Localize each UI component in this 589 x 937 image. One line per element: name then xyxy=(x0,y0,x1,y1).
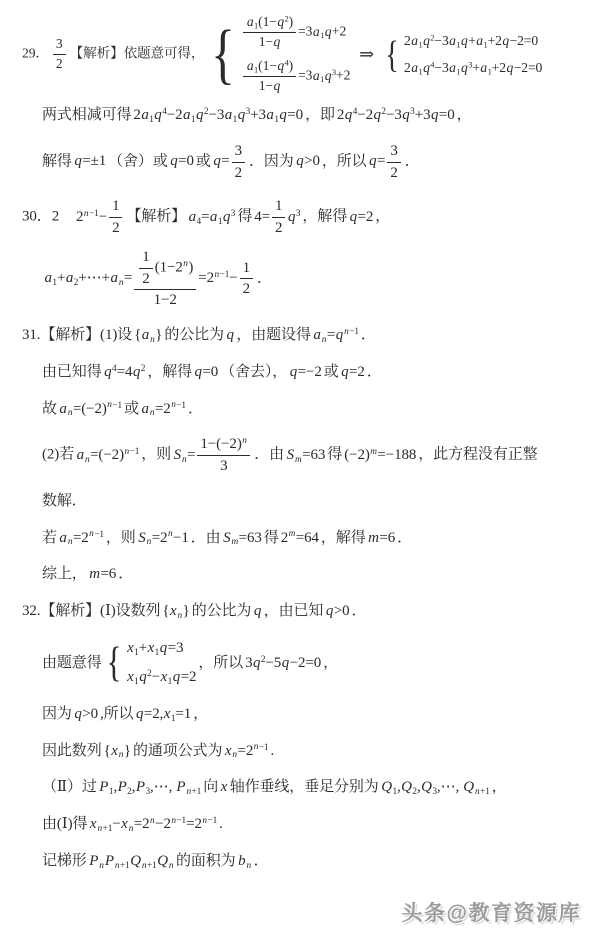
text-run: . xyxy=(271,743,275,759)
text-run: 由(Ⅰ)得 xyxy=(42,816,87,832)
solution-line: 由已知得q4=4q2，解得q=0（舍去），q=−2或q=2． xyxy=(0,362,583,384)
text-run: （Ⅱ）过 xyxy=(42,779,97,795)
math-expression: q=0 xyxy=(194,364,218,380)
text-run: 解得 xyxy=(42,153,72,169)
math-expression: a1+a2+⋯+an=12(1−2n)1−2=2n−1−12 xyxy=(44,270,255,286)
math-expression: q=±1 xyxy=(74,153,106,169)
text-run: 或 xyxy=(196,153,211,169)
text-run: ． xyxy=(361,327,376,343)
text-run: ,所以 xyxy=(100,706,133,722)
text-run: ．由 xyxy=(254,447,284,463)
solution-line: 解得q=±1（舍）或q=0或q=32．因为q>0，所以q=32． xyxy=(0,142,583,183)
solutions: 29．32【解析】依题意可得，{a1(1−q2)1−q=3a1q+2a1(1−q… xyxy=(0,14,583,873)
math-expression: 3q2−5q−2=0 xyxy=(245,655,321,671)
equation-row: 2a1q4−3a1q3+a1+2q−2=0 xyxy=(404,58,542,78)
math-expression: 2q4−2q2−3q3+3q=0 xyxy=(337,107,455,123)
math-expression: q xyxy=(253,603,261,619)
text-run: 轴作垂线，垂足分别为 xyxy=(230,779,379,795)
math-expression: 2n−1−12 xyxy=(76,209,124,225)
math-expression: (−2)m=−188 xyxy=(344,447,416,463)
problem-31: 31.【解析】(1)设{an}的公比为q，由题设得an=qn−1．由已知得q4=… xyxy=(0,325,583,586)
text-run: ，解得 xyxy=(321,530,366,546)
document-page: 29．32【解析】依题意可得，{a1(1−q2)1−q=3a1q+2a1(1−q… xyxy=(0,0,589,873)
solution-line: 32.【解析】(Ⅰ)设数列{xn}的公比为q，由已知q>0． xyxy=(0,601,583,623)
math-expression: xn=2n−1 xyxy=(224,743,268,759)
text-run: ，此方程没有正整 xyxy=(418,447,537,463)
text-run: 记梯形 xyxy=(42,853,87,869)
equation-system: {a1(1−q2)1−q=3a1q+2a1(1−q4)1−q=3a1q3+2 xyxy=(207,14,351,95)
text-run: ． xyxy=(405,153,420,169)
implies-arrow: ⇒ xyxy=(359,44,374,64)
text-run: ， xyxy=(492,779,507,795)
math-expression: Sn=1−(−2)n3 xyxy=(173,447,252,463)
text-run: ， xyxy=(193,706,208,722)
text-run: 的公比为 xyxy=(164,327,224,343)
text-run: 因此数列 xyxy=(42,743,102,759)
text-run: 【解析】依题意可得， xyxy=(70,46,205,61)
equation-row: x1q2−x1q=2 xyxy=(127,667,197,689)
text-run: （舍）或 xyxy=(108,153,168,169)
math-expression: q=2 xyxy=(349,209,373,225)
text-run: 数解． xyxy=(42,493,87,509)
text-run: 由已知得 xyxy=(42,364,102,380)
math-expression: an=2n−1 xyxy=(59,530,104,546)
text-run: 31.【解析】(1)设 xyxy=(22,327,132,343)
text-run: ． xyxy=(254,853,269,869)
text-run: . xyxy=(219,816,223,832)
text-run: 的面积为 xyxy=(176,853,236,869)
math-expression: q=32 xyxy=(213,153,247,169)
math-expression: q=0 xyxy=(170,153,194,169)
solution-line: a1+a2+⋯+an=12(1−2n)1−2=2n−1−12． xyxy=(0,248,583,310)
problem-29: 29．32【解析】依题意可得，{a1(1−q2)1−q=3a1q+2a1(1−q… xyxy=(0,14,583,182)
math-expression: an=qn−1 xyxy=(313,327,359,343)
math-expression: q=2,x1=1 xyxy=(135,706,191,722)
text-run: ，解得 xyxy=(147,364,192,380)
math-expression: m=6 xyxy=(89,566,117,582)
math-expression: P1,P2,P3,⋯, Pn+1 xyxy=(99,779,201,795)
text-run: 向 xyxy=(203,779,218,795)
solution-line: 因此数列{xn}的通项公式为xn=2n−1. xyxy=(0,741,583,763)
text-run: 由题意得 xyxy=(42,655,102,671)
problem-30: 30．2 2n−1−12【解析】a4=a1q3得4=12q3，解得q=2，a1+… xyxy=(0,197,583,310)
math-expression: an=(−2)n−1 xyxy=(76,447,139,463)
problem-32: 32.【解析】(Ⅰ)设数列{xn}的公比为q，由已知q>0．由题意得{x1+x1… xyxy=(0,601,583,873)
text-run: ．因为 xyxy=(249,153,294,169)
equation-row: x1+x1q=3 xyxy=(127,638,197,660)
math-expression: Sm=63 xyxy=(286,447,325,463)
text-run: 32.【解析】(Ⅰ)设数列 xyxy=(22,603,160,619)
text-run: ， xyxy=(323,655,338,671)
math-expression: 32 xyxy=(51,46,68,61)
equation-system: {x1+x1q=3x1q2−x1q=2 xyxy=(104,638,197,689)
math-expression: 4=12q3 xyxy=(254,209,300,225)
solution-line: 31.【解析】(1)设{an}的公比为q，由题设得an=qn−1． xyxy=(0,325,583,347)
math-expression: {xn} xyxy=(104,743,131,759)
text-run: 的通项公式为 xyxy=(133,743,222,759)
math-expression: an=2n−1 xyxy=(141,401,186,417)
text-run: ，由题设得 xyxy=(236,327,311,343)
math-expression: q xyxy=(226,327,234,343)
math-expression: q4=4q2 xyxy=(104,364,146,380)
solution-line: 若an=2n−1，则Sn=2n−1．由Sm=63得2m=64，解得m=6． xyxy=(0,528,583,550)
solution-line: 因为q>0,所以q=2,x1=1， xyxy=(0,704,583,726)
math-expression: x xyxy=(220,779,228,795)
text-run: ， xyxy=(457,107,472,123)
text-run: 30．2 xyxy=(22,209,74,225)
solution-line: 故an=(−2)n−1或an=2n−1． xyxy=(0,399,583,421)
math-expression: m=6 xyxy=(368,530,396,546)
solution-line: 两式相减可得2a1q4−2a1q2−3a1q3+3a1q=0，即2q4−2q2−… xyxy=(0,105,583,127)
text-run: 得 xyxy=(237,209,252,225)
math-expression: a4=a1q3 xyxy=(188,209,235,225)
math-expression: 2m=64 xyxy=(281,530,319,546)
text-run: ，解得 xyxy=(302,209,347,225)
text-run: ， xyxy=(375,209,390,225)
solution-line: 30．2 2n−1−12【解析】a4=a1q3得4=12q3，解得q=2， xyxy=(0,197,583,238)
text-run: ，则 xyxy=(141,447,171,463)
math-expression: an=(−2)n−1 xyxy=(59,401,122,417)
solution-line: 数解． xyxy=(0,491,583,513)
solution-line: 29．32【解析】依题意可得，{a1(1−q2)1−q=3a1q+2a1(1−q… xyxy=(0,14,583,95)
solution-line: （Ⅱ）过P1,P2,P3,⋯, Pn+1向x轴作垂线，垂足分别为Q1,Q2,Q3… xyxy=(0,777,583,799)
solution-line: 记梯形PnPn+1Qn+1Qn的面积为bn． xyxy=(0,851,583,873)
math-expression: {xn} xyxy=(162,603,189,619)
text-run: 【解析】 xyxy=(126,209,186,225)
text-run: ，则 xyxy=(106,530,136,546)
text-run: 综上， xyxy=(42,566,87,582)
left-brace: { xyxy=(106,638,121,689)
math-expression: {an} xyxy=(134,327,162,343)
math-expression: bn xyxy=(238,853,252,869)
math-expression: q=2 xyxy=(341,364,365,380)
text-run: 故 xyxy=(42,401,57,417)
equation-system: {2a1q2−3a1q+a1+2q−2=02a1q4−3a1q3+a1+2q−2… xyxy=(383,31,542,77)
math-expression: Sn=2n−1 xyxy=(138,530,189,546)
text-run: 29． xyxy=(22,46,49,61)
text-run: ，即 xyxy=(305,107,335,123)
solution-line: (2)若an=(−2)n−1，则Sn=1−(−2)n3．由Sm=63得(−2)m… xyxy=(0,435,583,476)
math-expression: q>0 xyxy=(74,706,98,722)
left-brace: { xyxy=(385,32,399,78)
solution-line: 综上，m=6． xyxy=(0,564,583,586)
math-expression: Sm=63 xyxy=(223,530,262,546)
text-run: （舍去）， xyxy=(220,364,287,380)
text-run: ，由已知 xyxy=(264,603,324,619)
math-expression: Q1,Q2,Q3,⋯, Qn+1 xyxy=(381,779,490,795)
text-run: ． xyxy=(188,401,203,417)
text-run: ． xyxy=(118,566,133,582)
text-run: 若 xyxy=(42,530,57,546)
text-run: 或 xyxy=(324,364,339,380)
text-run: ．由 xyxy=(191,530,221,546)
text-run: ，所以 xyxy=(198,655,243,671)
math-expression: xn+1−xn=2n−2n−1=2n−1 xyxy=(89,816,217,832)
text-run: ，所以 xyxy=(322,153,367,169)
text-run: ． xyxy=(397,530,412,546)
math-expression: q>0 xyxy=(296,153,320,169)
text-run: ． xyxy=(352,603,367,619)
math-expression: q=−2 xyxy=(289,364,322,380)
text-run: 两式相减可得 xyxy=(42,107,131,123)
math-expression: q=32 xyxy=(369,153,403,169)
equation-row: a1(1−q4)1−q=3a1q3+2 xyxy=(241,58,350,95)
text-run: 得 xyxy=(327,447,342,463)
left-brace: { xyxy=(211,14,235,95)
text-run: ． xyxy=(257,270,272,286)
solution-line: 由题意得{x1+x1q=3x1q2−x1q=2，所以3q2−5q−2=0， xyxy=(0,638,583,689)
math-expression: PnPn+1Qn+1Qn xyxy=(89,853,174,869)
math-expression: 2a1q4−2a1q2−3a1q3+3a1q=0 xyxy=(133,107,303,123)
text-run: 的公比为 xyxy=(192,603,252,619)
equation-row: a1(1−q2)1−q=3a1q+2 xyxy=(241,14,350,51)
math-expression: q>0 xyxy=(325,603,349,619)
watermark: 头条@教育资源库 xyxy=(402,897,581,927)
solution-line: 由(Ⅰ)得xn+1−xn=2n−2n−1=2n−1. xyxy=(0,814,583,836)
text-run: ． xyxy=(367,364,382,380)
text-run: 或 xyxy=(124,401,139,417)
equation-row: 2a1q2−3a1q+a1+2q−2=0 xyxy=(404,31,542,51)
text-run: 得 xyxy=(264,530,279,546)
text-run: (2)若 xyxy=(42,447,74,463)
text-run: 因为 xyxy=(42,706,72,722)
